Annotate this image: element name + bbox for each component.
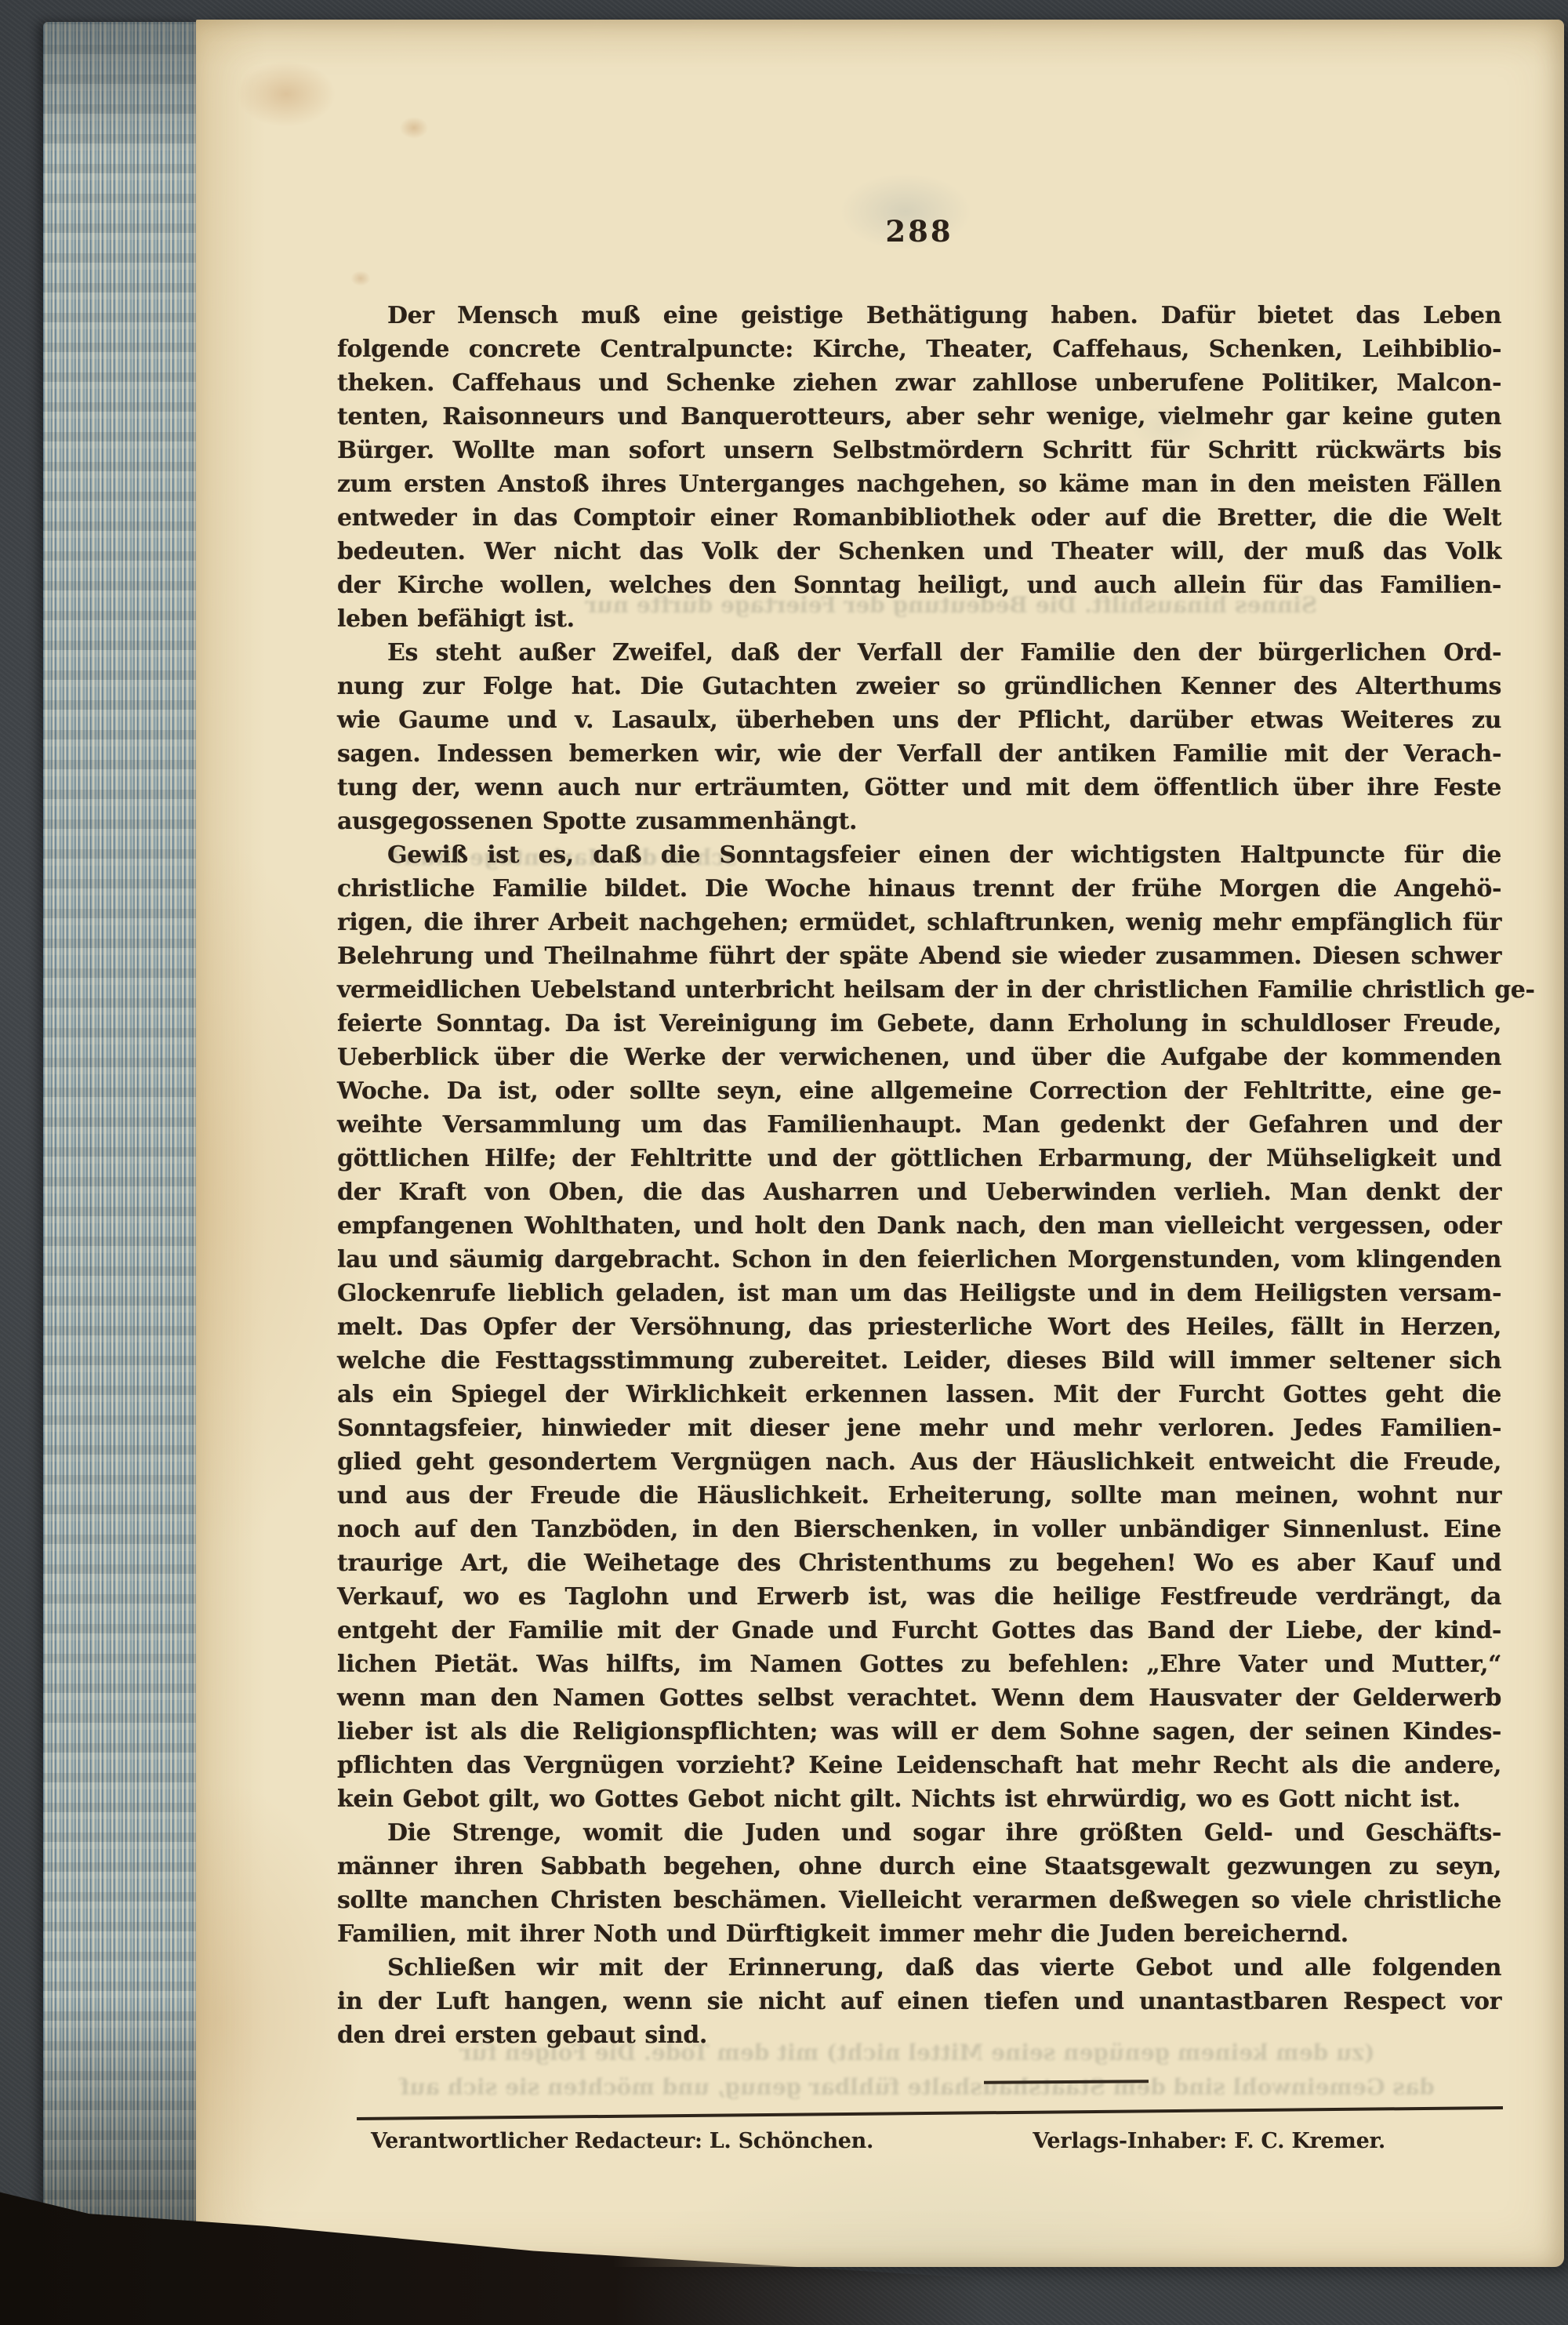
- imprint-redacteur: Verantwortlicher Redacteur: L. Schönchen…: [357, 2129, 873, 2153]
- text-line: theken. Caffehaus und Schenke ziehen zwa…: [337, 366, 1501, 400]
- text-line: göttlichen Hilfe; der Fehltritte und der…: [337, 1142, 1501, 1175]
- text-line: weihte Versammlung um das Familienhaupt.…: [337, 1108, 1501, 1142]
- text-line: den drei ersten gebaut sind.: [337, 2018, 1501, 2052]
- text-line: Verkauf, wo es Taglohn und Erwerb ist, w…: [337, 1580, 1501, 1614]
- text-line: der Kirche wollen, welches den Sonntag h…: [337, 569, 1501, 602]
- text-line: wenn man den Namen Gottes selbst veracht…: [337, 1681, 1501, 1715]
- text-line: pflichten das Vergnügen vorzieht? Keine …: [337, 1749, 1501, 1782]
- text-line: in der Luft hangen, wenn sie nicht auf e…: [337, 1985, 1501, 2018]
- bleed-through-text: das Gemeinwohl sind dem Staatshaushalte …: [341, 2074, 1494, 2100]
- text-line: Bürger. Wollte man sofort unsern Selbstm…: [337, 434, 1501, 467]
- text-line: sollte manchen Christen beschämen. Viell…: [337, 1884, 1501, 1917]
- text-line: christliche Familie bildet. Die Woche hi…: [337, 872, 1501, 906]
- text-line: folgende concrete Centralpuncte: Kirche,…: [337, 332, 1501, 366]
- text-line: melt. Das Opfer der Versöhnung, das prie…: [337, 1310, 1501, 1344]
- text-line: Schließen wir mit der Erinnerung, daß da…: [337, 1951, 1501, 1985]
- body-text: Der Mensch muß eine geistige Bethätigung…: [337, 299, 1501, 2052]
- text-line: sagen. Indessen bemerken wir, wie der Ve…: [337, 737, 1501, 771]
- text-line: Familien, mit ihrer Noth und Dürftigkeit…: [337, 1917, 1501, 1951]
- text-line: rigen, die ihrer Arbeit nachgehen; ermüd…: [337, 906, 1501, 939]
- paragraph: Der Mensch muß eine geistige Bethätigung…: [337, 299, 1501, 636]
- paragraph: Es steht außer Zweifel, daß der Verfall …: [337, 636, 1501, 838]
- text-line: Es steht außer Zweifel, daß der Verfall …: [337, 636, 1501, 670]
- book-page-edges: [43, 22, 200, 2266]
- text-line: männer ihren Sabbath begehen, ohne durch…: [337, 1850, 1501, 1884]
- text-line: welche die Festtagsstimmung zubereitet. …: [337, 1344, 1501, 1378]
- text-line: wie Gaume und v. Lasaulx, überheben uns …: [337, 703, 1501, 737]
- text-line: Gewiß ist es, daß die Sonntagsfeier eine…: [337, 838, 1501, 872]
- paragraph: Die Strenge, womit die Juden und sogar i…: [337, 1816, 1501, 1951]
- imprint-line: Verantwortlicher Redacteur: L. Schönchen…: [357, 2129, 1503, 2153]
- text-line: lichen Pietät. Was hilfts, im Namen Gott…: [337, 1647, 1501, 1681]
- imprint-verlag: Verlags-Inhaber: F. C. Kremer.: [1033, 2129, 1503, 2153]
- text-line: glied geht gesondertem Vergnügen nach. A…: [337, 1445, 1501, 1479]
- text-line: als ein Spiegel der Wirklichkeit erkenne…: [337, 1378, 1501, 1411]
- text-line: Belehrung und Theilnahme führt der späte…: [337, 939, 1501, 973]
- text-line: entgeht der Familie mit der Gnade und Fu…: [337, 1614, 1501, 1647]
- text-line: traurige Art, die Weihetage des Christen…: [337, 1546, 1501, 1580]
- text-line: noch auf den Tanzböden, in den Bierschen…: [337, 1513, 1501, 1546]
- text-line: Sonntagsfeier, hinwieder mit dieser jene…: [337, 1411, 1501, 1445]
- footer-divider-rule: [357, 2106, 1503, 2120]
- text-line: Die Strenge, womit die Juden und sogar i…: [337, 1816, 1501, 1850]
- text-line: Der Mensch muß eine geistige Bethätigung…: [337, 299, 1501, 332]
- text-line: ausgegossenen Spotte zusammenhängt.: [337, 805, 1501, 838]
- text-line: bedeuten. Wer nicht das Volk der Schenke…: [337, 535, 1501, 569]
- text-line: und aus der Freude die Häuslichkeit. Erh…: [337, 1479, 1501, 1513]
- book-page: Sinnes hinaushilft. Die Bedeutung der Fe…: [196, 20, 1564, 2267]
- page-number: 288: [337, 214, 1501, 249]
- text-line: nung zur Folge hat. Die Gutachten zweier…: [337, 670, 1501, 703]
- book-scan: Sinnes hinaushilft. Die Bedeutung der Fe…: [0, 0, 1568, 2325]
- text-line: tung der, wenn auch nur erträumten, Gött…: [337, 771, 1501, 805]
- text-line: kein Gebot gilt, wo Gottes Gebot nicht g…: [337, 1782, 1501, 1816]
- text-line: feierte Sonntag. Da ist Vereinigung im G…: [337, 1007, 1501, 1041]
- text-line: tenten, Raisonneurs und Banquerotteurs, …: [337, 400, 1501, 434]
- text-line: lieber ist als die Religionspflichten; w…: [337, 1715, 1501, 1749]
- text-line: lau und säumig dargebracht. Schon in den…: [337, 1243, 1501, 1277]
- text-line: Ueberblick über die Werke der verwichene…: [337, 1041, 1501, 1074]
- text-line: zum ersten Anstoß ihres Unterganges nach…: [337, 467, 1501, 501]
- text-line: der Kraft von Oben, die das Ausharren un…: [337, 1175, 1501, 1209]
- paragraph: Gewiß ist es, daß die Sonntagsfeier eine…: [337, 838, 1501, 1816]
- text-line: Glockenrufe lieblich geladen, ist man um…: [337, 1277, 1501, 1310]
- text-line: empfangenen Wohlthaten, und holt den Dan…: [337, 1209, 1501, 1243]
- text-line: leben befähigt ist.: [337, 602, 1501, 636]
- text-line: Woche. Da ist, oder sollte seyn, eine al…: [337, 1074, 1501, 1108]
- text-line: vermeidlichen Uebelstand unterbricht hei…: [337, 973, 1501, 1007]
- text-line: entweder in das Comptoir einer Romanbibl…: [337, 501, 1501, 535]
- paragraph: Schließen wir mit der Erinnerung, daß da…: [337, 1951, 1501, 2052]
